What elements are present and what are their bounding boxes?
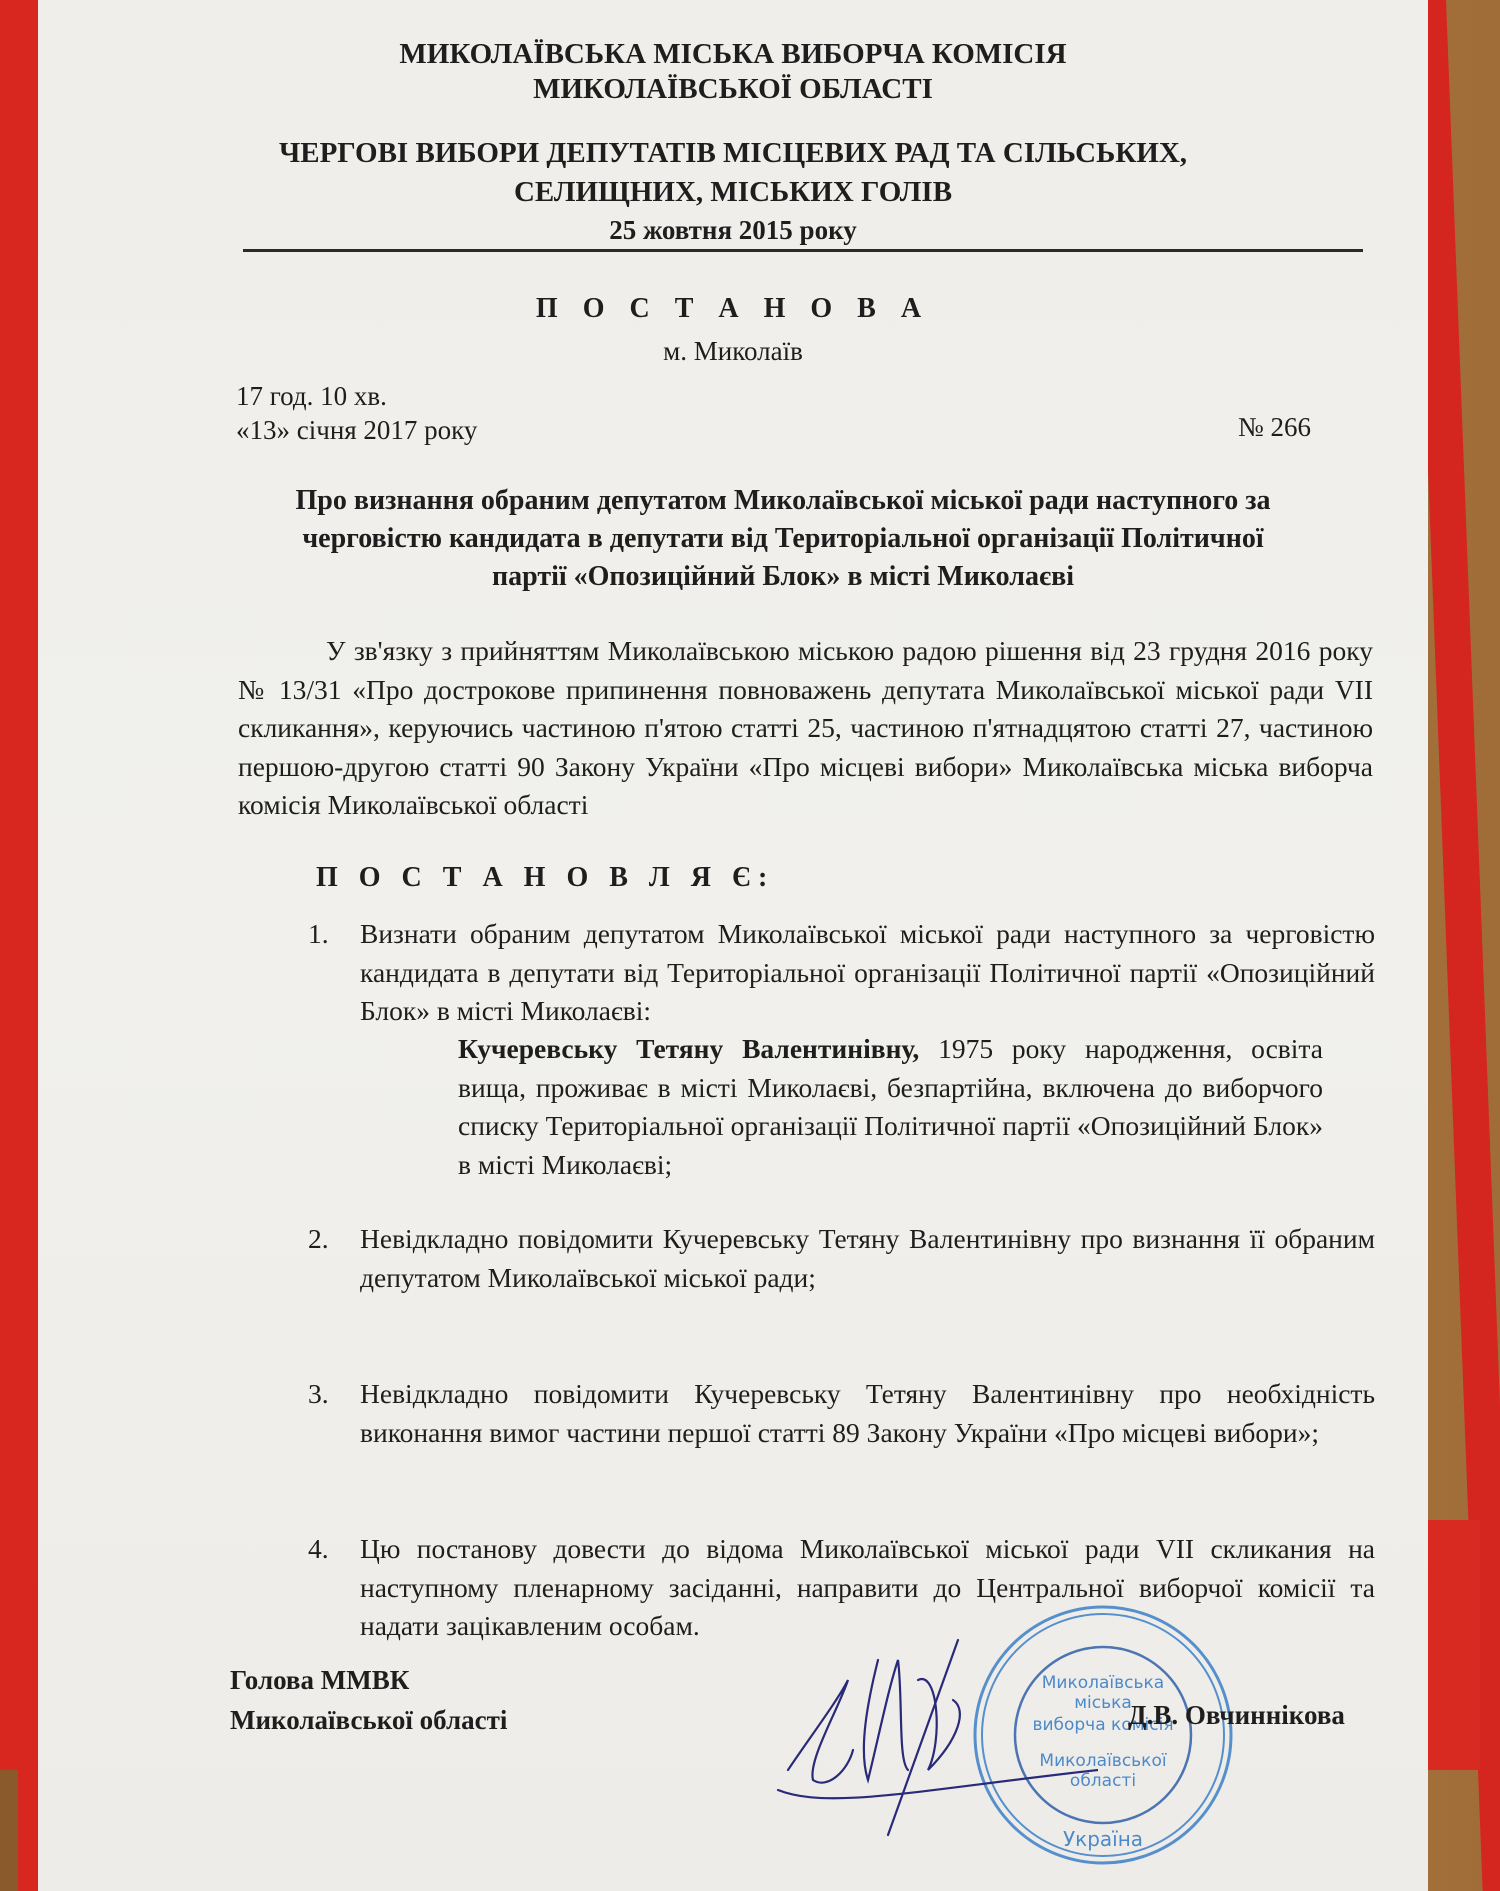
document-date: «13» січня 2017 року	[236, 412, 477, 448]
item-number: 4.	[308, 1530, 348, 1569]
item-text: Визнати обраним депутатом Миколаївської …	[360, 915, 1375, 1031]
signatory-role-line2: Миколаївської області	[230, 1700, 507, 1740]
red-folder-corner	[1420, 1520, 1480, 1770]
candidate-block: Кучеревську Тетяну Валентинівну, 1975 ро…	[458, 1030, 1323, 1184]
org-name-line2: МИКОЛАЇВСЬКОЇ ОБЛАСТІ	[38, 71, 1428, 107]
table-surface-left	[0, 1770, 18, 1891]
document-number: № 266	[1238, 412, 1311, 443]
candidate-name: Кучеревську Тетяну Валентинівну,	[458, 1033, 919, 1064]
signatory-role-line1: Голова ММВК	[230, 1660, 409, 1700]
item-number: 1.	[308, 915, 348, 954]
item-text: Невідкладно повідомити Кучеревську Тетян…	[360, 1220, 1375, 1297]
document-type-title: П О С Т А Н О В А	[38, 293, 1428, 325]
signatory-name: Д.В. Овчиннікова	[1128, 1700, 1345, 1731]
resolves-heading: П О С Т А Н О В Л Я Є:	[316, 862, 774, 894]
item-text: Невідкладно повідомити Кучеревську Тетян…	[360, 1375, 1375, 1452]
document-time: 17 год. 10 хв.	[236, 378, 387, 414]
election-title-line1: ЧЕРГОВІ ВИБОРИ ДЕПУТАТІВ МІСЦЕВИХ РАД ТА…	[38, 135, 1428, 171]
document-subject: Про визнання обраним депутатом Миколаївс…	[268, 482, 1298, 596]
document-page: МИКОЛАЇВСЬКА МІСЬКА ВИБОРЧА КОМІСІЯ МИКО…	[38, 0, 1428, 1891]
preamble-paragraph: У зв'язку з прийняттям Миколаївською міс…	[238, 632, 1373, 825]
document-city: м. Миколаїв	[38, 336, 1428, 367]
item-number: 3.	[308, 1375, 348, 1414]
handwritten-signature-icon	[768, 1620, 1098, 1840]
election-date: 25 жовтня 2015 року	[38, 212, 1428, 248]
red-folder-edge-left	[0, 0, 40, 1891]
org-name-line1: МИКОЛАЇВСЬКА МІСЬКА ВИБОРЧА КОМІСІЯ	[38, 36, 1428, 72]
election-title-line2: СЕЛИЩНИХ, МІСЬКИХ ГОЛІВ	[38, 174, 1428, 210]
header-divider	[243, 249, 1363, 252]
item-number: 2.	[308, 1220, 348, 1259]
